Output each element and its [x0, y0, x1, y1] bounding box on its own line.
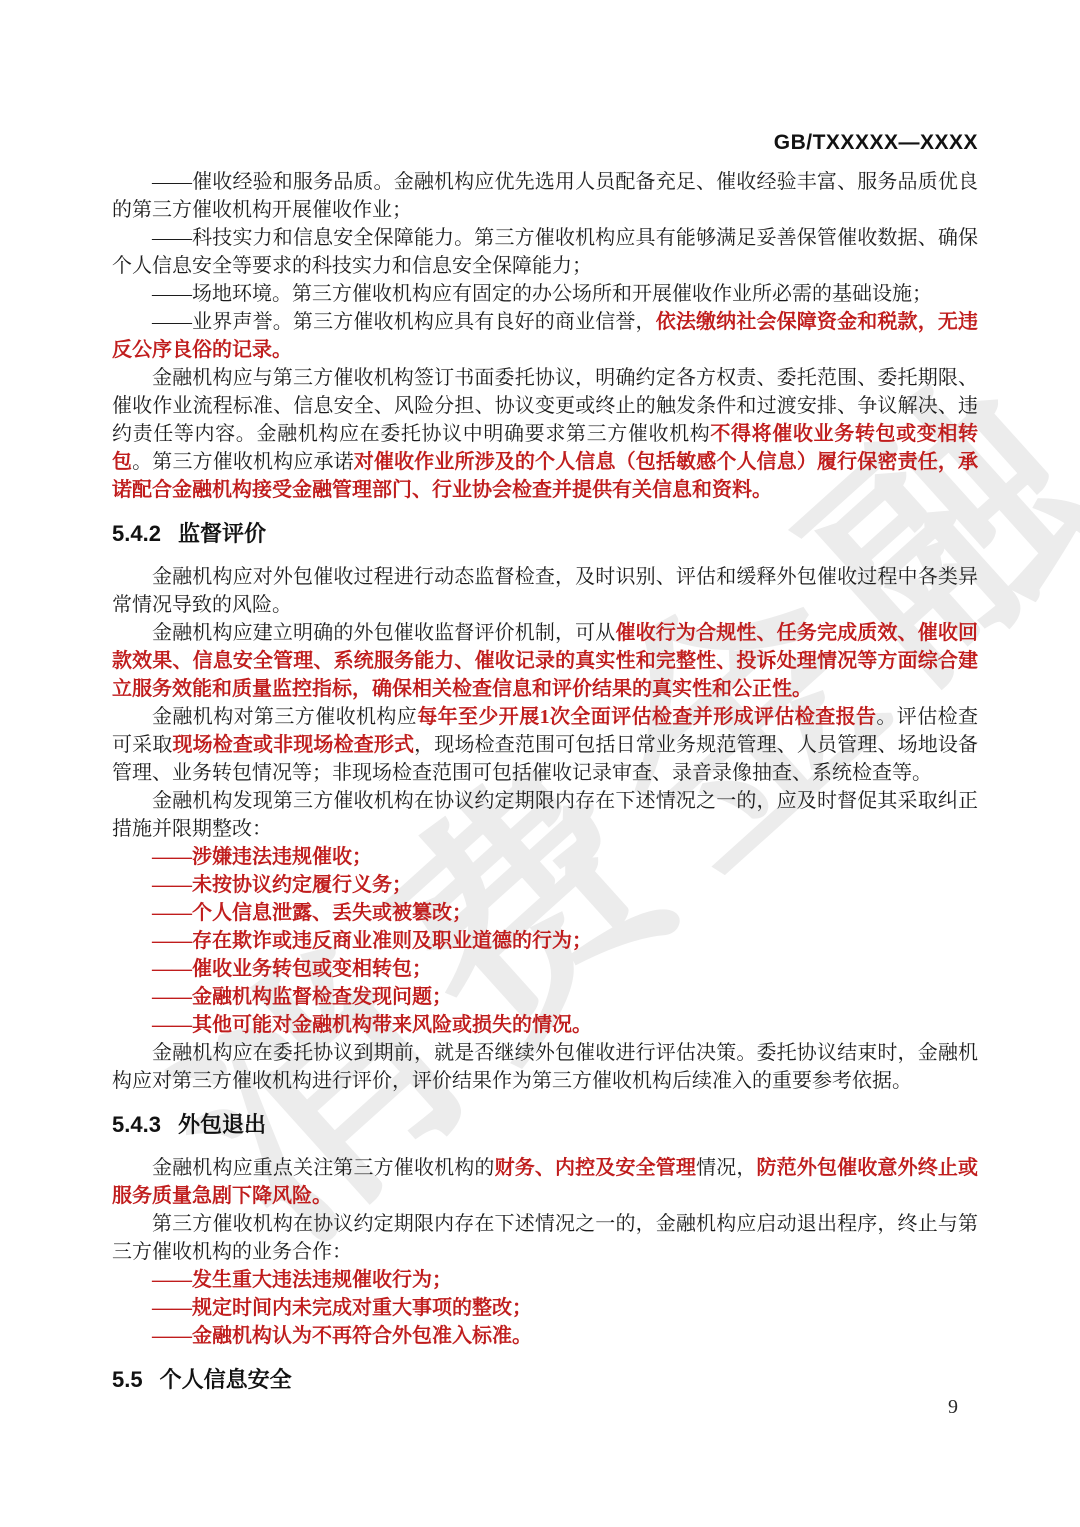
section-heading-5.4.2: 5.4.2监督评价	[112, 520, 978, 548]
section-number: 5.5	[112, 1367, 143, 1392]
text-run: 。第三方催收机构应承诺	[132, 451, 354, 473]
red-text-run: 财务、内控及安全管理	[495, 1157, 697, 1179]
text-run: ——业界声誉。第三方催收机构应具有良好的商业信誉，	[152, 311, 656, 333]
text-run: ——场地环境。第三方催收机构应有固定的办公场所和开展催收作业所必需的基础设施；	[152, 283, 932, 305]
text-run: 金融机构应对外包催收过程进行动态监督检查，及时识别、评估和缓释外包催收过程中各类…	[112, 566, 978, 616]
text-run: 金融机构应重点关注第三方催收机构的	[152, 1157, 495, 1179]
paragraph: 金融机构应在委托协议到期前，就是否继续外包催收进行评估决策。委托协议结束时，金融…	[112, 1039, 978, 1095]
red-text-run: ——其他可能对金融机构带来风险或损失的情况。	[152, 1014, 592, 1036]
red-text-run: ——涉嫌违法违规催收；	[152, 846, 372, 868]
red-text-run: ——个人信息泄露、丢失或被篡改；	[152, 902, 472, 924]
red-text-run: ——催收业务转包或变相转包；	[152, 958, 432, 980]
red-text-run: ——未按协议约定履行义务；	[152, 874, 412, 896]
text-run: 金融机构对第三方催收机构应	[152, 706, 417, 728]
red-text-run: ——规定时间内未完成对重大事项的整改；	[152, 1297, 532, 1319]
red-list-item: ——规定时间内未完成对重大事项的整改；	[112, 1294, 978, 1322]
section-heading-5.4.3: 5.4.3外包退出	[112, 1111, 978, 1139]
text-run: 金融机构发现第三方催收机构在协议约定期限内存在下述情况之一的，应及时督促其采取纠…	[112, 790, 978, 840]
red-list-item: ——存在欺诈或违反商业准则及职业道德的行为；	[112, 927, 978, 955]
red-list-item: ——催收业务转包或变相转包；	[112, 955, 978, 983]
section-number: 5.4.2	[112, 521, 161, 546]
text-run: 情况，	[696, 1157, 756, 1179]
paragraph: 金融机构应重点关注第三方催收机构的财务、内控及安全管理情况，防范外包催收意外终止…	[112, 1154, 978, 1210]
paragraph: 金融机构对第三方催收机构应每年至少开展1次全面评估检查并形成评估检查报告。评估检…	[112, 703, 978, 787]
paragraph: ——场地环境。第三方催收机构应有固定的办公场所和开展催收作业所必需的基础设施；	[112, 280, 978, 308]
red-list-item: ——涉嫌违法违规催收；	[112, 843, 978, 871]
document-body: ——催收经验和服务品质。金融机构应优先选用人员配备充足、催收经验丰富、服务品质优…	[112, 168, 978, 1409]
section-heading-5.5: 5.5个人信息安全	[112, 1366, 978, 1394]
page-number: 9	[948, 1396, 958, 1419]
red-text-run: 现场检查或非现场检查形式	[172, 734, 414, 756]
section-title: 个人信息安全	[160, 1367, 292, 1392]
document-page: 消费金融 GB/TXXXXX—XXXX ——催收经验和服务品质。金融机构应优先选…	[0, 0, 1080, 1527]
paragraph: ——科技实力和信息安全保障能力。第三方催收机构应具有能够满足妥善保管催收数据、确…	[112, 224, 978, 280]
text-run: ——科技实力和信息安全保障能力。第三方催收机构应具有能够满足妥善保管催收数据、确…	[112, 227, 978, 277]
text-run: 第三方催收机构在协议约定期限内存在下述情况之一的，金融机构应启动退出程序，终止与…	[112, 1213, 978, 1263]
paragraph: 金融机构应对外包催收过程进行动态监督检查，及时识别、评估和缓释外包催收过程中各类…	[112, 563, 978, 619]
red-list-item: ——金融机构认为不再符合外包准入标准。	[112, 1322, 978, 1350]
red-list-item: ——金融机构监督检查发现问题；	[112, 983, 978, 1011]
red-text-run: 每年至少开展1次全面评估检查并形成评估检查报告	[417, 706, 876, 728]
paragraph: 第三方催收机构在协议约定期限内存在下述情况之一的，金融机构应启动退出程序，终止与…	[112, 1210, 978, 1266]
text-run: ——催收经验和服务品质。金融机构应优先选用人员配备充足、催收经验丰富、服务品质优…	[112, 171, 978, 221]
text-run: 金融机构应在委托协议到期前，就是否继续外包催收进行评估决策。委托协议结束时，金融…	[112, 1042, 978, 1092]
paragraph: 金融机构应与第三方催收机构签订书面委托协议，明确约定各方权责、委托范围、委托期限…	[112, 364, 978, 504]
section-title: 外包退出	[178, 1112, 266, 1137]
red-list-item: ——未按协议约定履行义务；	[112, 871, 978, 899]
red-list-item: ——其他可能对金融机构带来风险或损失的情况。	[112, 1011, 978, 1039]
red-list-item: ——发生重大违法违规催收行为；	[112, 1266, 978, 1294]
section-title: 监督评价	[178, 521, 266, 546]
standard-number-header: GB/TXXXXX—XXXX	[112, 131, 978, 155]
paragraph: 金融机构应建立明确的外包催收监督评价机制，可从催收行为合规性、任务完成质效、催收…	[112, 619, 978, 703]
paragraph: ——催收经验和服务品质。金融机构应优先选用人员配备充足、催收经验丰富、服务品质优…	[112, 168, 978, 224]
red-text-run: ——金融机构认为不再符合外包准入标准。	[152, 1325, 532, 1347]
red-list-item: ——个人信息泄露、丢失或被篡改；	[112, 899, 978, 927]
red-text-run: ——金融机构监督检查发现问题；	[152, 986, 452, 1008]
red-text-run: ——存在欺诈或违反商业准则及职业道德的行为；	[152, 930, 592, 952]
red-text-run: ——发生重大违法违规催收行为；	[152, 1269, 452, 1291]
paragraph: 金融机构发现第三方催收机构在协议约定期限内存在下述情况之一的，应及时督促其采取纠…	[112, 787, 978, 843]
section-number: 5.4.3	[112, 1112, 161, 1137]
paragraph: ——业界声誉。第三方催收机构应具有良好的商业信誉，依法缴纳社会保障资金和税款，无…	[112, 308, 978, 364]
text-run: 金融机构应建立明确的外包催收监督评价机制，可从	[152, 622, 615, 644]
